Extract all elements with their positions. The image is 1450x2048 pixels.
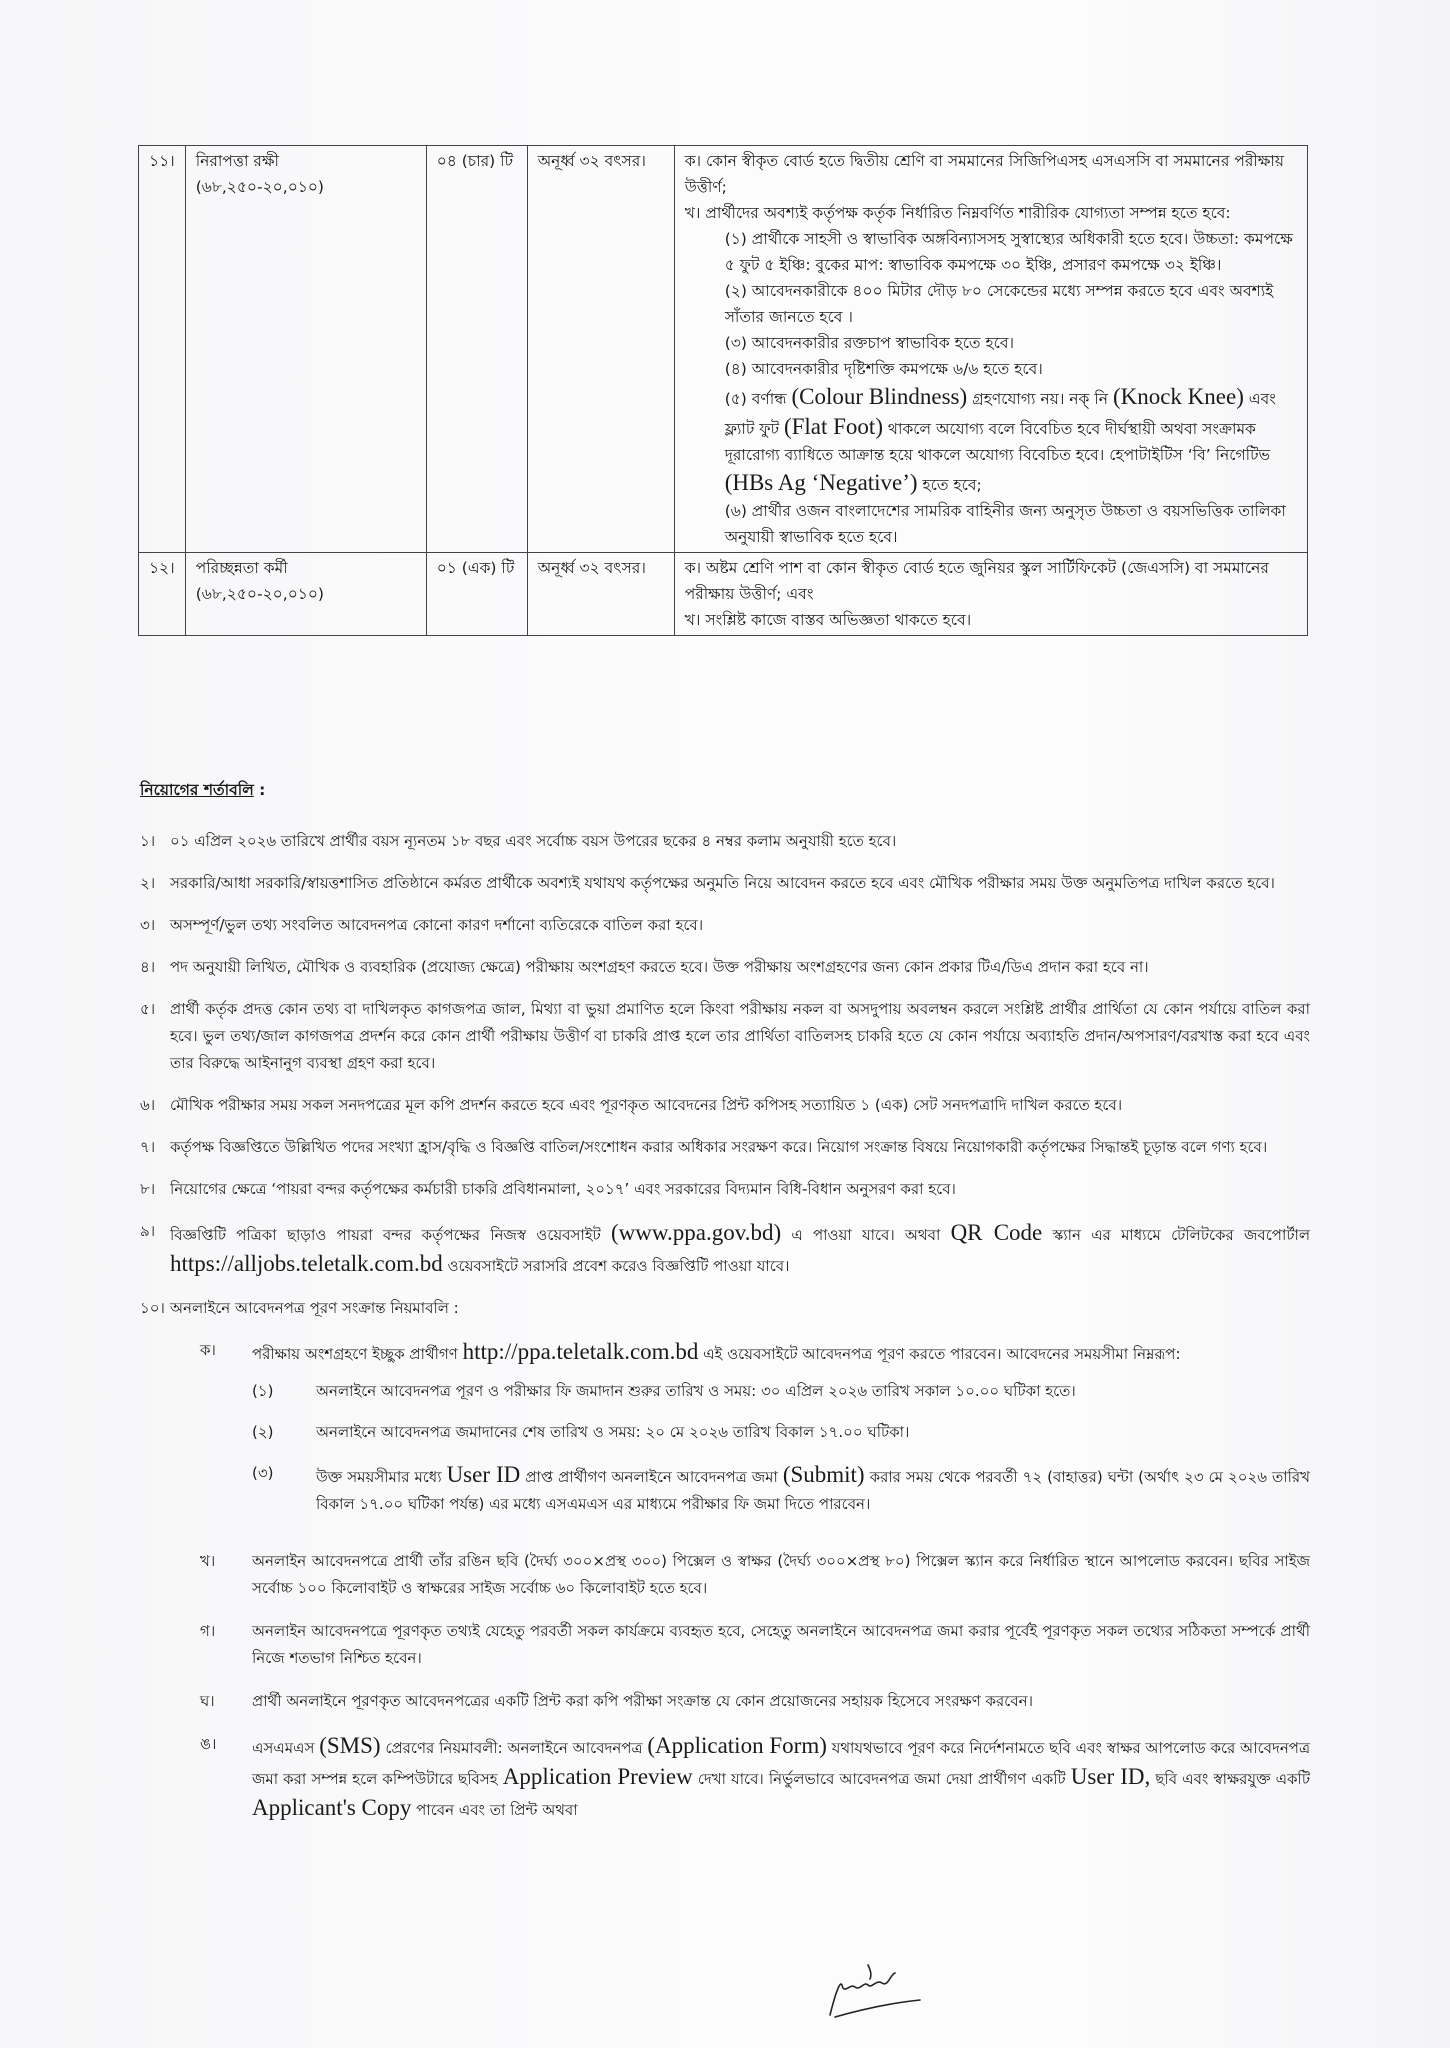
qualification-ka: ক। কোন স্বীকৃত বোর্ড হতে দ্বিতীয় শ্রেণি… bbox=[685, 148, 1297, 200]
clause-number: ৪। bbox=[140, 954, 170, 981]
age-limit: অনূর্ধ্ব ৩২ বৎসর। bbox=[527, 146, 674, 553]
text-span: QR Code bbox=[951, 1220, 1043, 1245]
posts-table: ১১। নিরাপত্তা রক্ষী (৬৮,২৫০-২০,০১০) ০৪ (… bbox=[138, 145, 1308, 636]
clause-text: অনলাইনে আবেদনপত্র পূরণ সংক্রান্ত নিয়মাব… bbox=[170, 1295, 1310, 1322]
row-number: ১২। bbox=[139, 553, 186, 636]
physical-item: (৩) আবেদনকারীর রক্তচাপ স্বাভাবিক হতে হবে… bbox=[725, 330, 1297, 356]
text-span: প্রাপ্ত প্রার্থীগণ অনলাইনে আবেদনপত্র জমা bbox=[520, 1468, 783, 1486]
post-count: ০৪ (চার) টি bbox=[426, 146, 527, 553]
sub-number: ক। bbox=[200, 1337, 252, 1532]
schedule-list: (১)অনলাইনে আবেদনপত্র পূরণ ও পরীক্ষার ফি … bbox=[252, 1378, 1310, 1518]
signature-icon bbox=[810, 1955, 960, 2025]
qualification-kha: খ। প্রার্থীদের অবশ্যই কর্তৃপক্ষ কর্তৃক ন… bbox=[685, 200, 1297, 226]
post-count: ০১ (এক) টি bbox=[426, 553, 527, 636]
row-number: ১১। bbox=[139, 146, 186, 553]
clause-text: ০১ এপ্রিল ২০২৬ তারিখে প্রার্থীর বয়স ন্য… bbox=[170, 828, 1310, 855]
text-span: ছবি এবং স্বাক্ষরযুক্ত একটি bbox=[1150, 1770, 1310, 1788]
text-span: Application Preview bbox=[503, 1764, 693, 1789]
text-span: (Flat Foot) bbox=[784, 414, 883, 439]
sub-text: প্রার্থী অনলাইনে পূরণকৃত আবেদনপত্রের একট… bbox=[252, 1688, 1310, 1715]
clause-text: বিজ্ঞপ্তিটি পত্রিকা ছাড়াও পায়রা বন্দর … bbox=[170, 1218, 1310, 1280]
table-row: ১২। পরিচ্ছন্নতা কর্মী (৬৮,২৫০-২০,০১০) ০১… bbox=[139, 553, 1308, 636]
clause-text: অসম্পূর্ণ/ভুল তথ্য সংবলিত আবেদনপত্র কোনো… bbox=[170, 912, 1310, 939]
condition-item: ৭।কর্তৃপক্ষ বিজ্ঞপ্তিতে উল্লিখিত পদের সং… bbox=[140, 1134, 1310, 1161]
clause-number: ৩। bbox=[140, 912, 170, 939]
physical-item: (১) প্রার্থীকে সাহসী ও স্বাভাবিক অঙ্গবিন… bbox=[725, 226, 1297, 278]
text-span: দেখা যাবে। নির্ভুলভাবে আবেদনপত্র জমা দেয… bbox=[693, 1770, 1071, 1788]
schedule-number: (১) bbox=[252, 1378, 316, 1405]
clause-number: ২। bbox=[140, 870, 170, 897]
qualification-ka: ক। অষ্টম শ্রেণি পাশ বা কোন স্বীকৃত বোর্ড… bbox=[685, 555, 1297, 607]
physical-item: (২) আবেদনকারীকে ৪০০ মিটার দৌড় ৮০ সেকেন্… bbox=[725, 278, 1297, 330]
text-span: গ্রহণযোগ্য নয়। নক্ নি bbox=[967, 390, 1113, 408]
sub-number: গ। bbox=[200, 1618, 252, 1672]
physical-item: (৫) বর্ণান্ধ (Colour Blindness) গ্রহণযোগ… bbox=[725, 382, 1297, 498]
text-span: এ পাওয়া যাবে। অথবা bbox=[781, 1226, 950, 1244]
clause-number: ১০। bbox=[140, 1295, 170, 1322]
text-span: বিজ্ঞপ্তিটি পত্রিকা ছাড়াও পায়রা বন্দর … bbox=[170, 1226, 611, 1244]
condition-item: ৬।মৌখিক পরীক্ষার সময় সকল সনদপত্রের মূল … bbox=[140, 1092, 1310, 1119]
qualification-cell: ক। অষ্টম শ্রেণি পাশ বা কোন স্বীকৃত বোর্ড… bbox=[674, 553, 1307, 636]
heading-text: নিয়োগের শর্তাবলি bbox=[140, 781, 254, 799]
clause-number: ৭। bbox=[140, 1134, 170, 1161]
condition-item: ৩।অসম্পূর্ণ/ভুল তথ্য সংবলিত আবেদনপত্র কো… bbox=[140, 912, 1310, 939]
table-row: ১১। নিরাপত্তা রক্ষী (৬৮,২৫০-২০,০১০) ০৪ (… bbox=[139, 146, 1308, 553]
post-name: পরিচ্ছন্নতা কর্মী bbox=[196, 555, 416, 581]
text-span: উক্ত সময়সীমার মধ্যে bbox=[316, 1468, 447, 1486]
schedule-text: অনলাইনে আবেদনপত্র জমাদানের শেষ তারিখ ও স… bbox=[316, 1419, 1310, 1446]
conditions-list: ১।০১ এপ্রিল ২০২৬ তারিখে প্রার্থীর বয়স ন… bbox=[140, 828, 1310, 1840]
text-span: পরীক্ষায় অংশগ্রহণে ইচ্ছুক প্রার্থীগণ bbox=[252, 1345, 463, 1363]
post-name: নিরাপত্তা রক্ষী bbox=[196, 148, 416, 174]
condition-item: ২।সরকারি/আধা সরকারি/স্বায়ত্তশাসিত প্রতি… bbox=[140, 870, 1310, 897]
sub-number: খ। bbox=[200, 1548, 252, 1602]
online-rule-ga: গ।অনলাইন আবেদনপত্রে পূরণকৃত তথ্যই যেহেতু… bbox=[200, 1618, 1310, 1672]
text-span: ওয়েবসাইটে সরাসরি প্রবেশ করেও বিজ্ঞপ্তিট… bbox=[443, 1257, 790, 1275]
physical-item: (৬) প্রার্থীর ওজন বাংলাদেশের সামরিক বাহি… bbox=[725, 498, 1297, 550]
clause-number: ১। bbox=[140, 828, 170, 855]
online-rule-gha: ঘ।প্রার্থী অনলাইনে পূরণকৃত আবেদনপত্রের এ… bbox=[200, 1688, 1310, 1715]
sub-number: ঘ। bbox=[200, 1688, 252, 1715]
condition-item: ৮।নিয়োগের ক্ষেত্রে ‘পায়রা বন্দর কর্তৃপ… bbox=[140, 1176, 1310, 1203]
text-span: (Knock Knee) bbox=[1113, 384, 1244, 409]
clause-number: ৫। bbox=[140, 996, 170, 1077]
physical-requirements: (১) প্রার্থীকে সাহসী ও স্বাভাবিক অঙ্গবিন… bbox=[685, 226, 1297, 550]
jobportal-link[interactable]: https://alljobs.teletalk.com.bd bbox=[170, 1251, 443, 1276]
conditions-heading: নিয়োগের শর্তাবলি : bbox=[140, 778, 265, 804]
sub-text: এসএমএস (SMS) প্রেরণের নিয়মাবলী: অনলাইনে… bbox=[252, 1731, 1310, 1824]
online-rule-kha: খ।অনলাইন আবেদনপত্রে প্রার্থী তাঁর রঙিন ছ… bbox=[200, 1548, 1310, 1602]
condition-item-online: ১০। অনলাইনে আবেদনপত্র পূরণ সংক্রান্ত নিয… bbox=[140, 1295, 1310, 1322]
text-span: প্রেরণের নিয়মাবলী: অনলাইনে আবেদনপত্র bbox=[381, 1739, 648, 1757]
text-span: পাবেন এবং তা প্রিন্ট অথবা bbox=[411, 1801, 577, 1819]
text-span: হতে হবে; bbox=[918, 476, 982, 494]
pay-scale: (৬৮,২৫০-২০,০১০) bbox=[196, 581, 416, 607]
application-link[interactable]: http://ppa.teletalk.com.bd bbox=[463, 1339, 699, 1364]
sub-text: অনলাইন আবেদনপত্রে প্রার্থী তাঁর রঙিন ছবি… bbox=[252, 1548, 1310, 1602]
text-span: (৫) বর্ণান্ধ bbox=[725, 390, 792, 408]
condition-item: ৪।পদ অনুযায়ী লিখিত, মৌখিক ও ব্যবহারিক (… bbox=[140, 954, 1310, 981]
clause-text: প্রার্থী কর্তৃক প্রদত্ত কোন তথ্য বা দাখি… bbox=[170, 996, 1310, 1077]
clause-text: নিয়োগের ক্ষেত্রে ‘পায়রা বন্দর কর্তৃপক্… bbox=[170, 1176, 1310, 1203]
website-link[interactable]: (www.ppa.gov.bd) bbox=[611, 1220, 781, 1245]
text-span: Applicant's Copy bbox=[252, 1795, 411, 1820]
clause-text: কর্তৃপক্ষ বিজ্ঞপ্তিতে উল্লিখিত পদের সংখ্… bbox=[170, 1134, 1310, 1161]
qualification-kha: খ। সংশ্লিষ্ট কাজে বাস্তব অভিজ্ঞতা থাকতে … bbox=[685, 607, 1297, 633]
qualification-cell: ক। কোন স্বীকৃত বোর্ড হতে দ্বিতীয় শ্রেণি… bbox=[674, 146, 1307, 553]
clause-number: ৯। bbox=[140, 1218, 170, 1280]
document-page: ১১। নিরাপত্তা রক্ষী (৬৮,২৫০-২০,০১০) ০৪ (… bbox=[0, 0, 1450, 2048]
clause-number: ৮। bbox=[140, 1176, 170, 1203]
online-rule-uo: ঙ। এসএমএস (SMS) প্রেরণের নিয়মাবলী: অনলা… bbox=[200, 1731, 1310, 1824]
post-name-cell: নিরাপত্তা রক্ষী (৬৮,২৫০-২০,০১০) bbox=[185, 146, 426, 553]
schedule-item: (১)অনলাইনে আবেদনপত্র পূরণ ও পরীক্ষার ফি … bbox=[252, 1378, 1310, 1405]
schedule-item: (৩)উক্ত সময়সীমার মধ্যে User ID প্রাপ্ত … bbox=[252, 1460, 1310, 1518]
text-span: (SMS) bbox=[319, 1733, 380, 1758]
clause-text: পদ অনুযায়ী লিখিত, মৌখিক ও ব্যবহারিক (প্… bbox=[170, 954, 1310, 981]
heading-suffix: : bbox=[254, 781, 266, 799]
clause-number: ৬। bbox=[140, 1092, 170, 1119]
text-span: User ID, bbox=[1071, 1764, 1151, 1789]
condition-item-website: ৯। বিজ্ঞপ্তিটি পত্রিকা ছাড়াও পায়রা বন্… bbox=[140, 1218, 1310, 1280]
online-rules: ক। পরীক্ষায় অংশগ্রহণে ইচ্ছুক প্রার্থীগণ… bbox=[200, 1337, 1310, 1824]
physical-item: (৪) আবেদনকারীর দৃষ্টিশক্তি কমপক্ষে ৬/৬ হ… bbox=[725, 356, 1297, 382]
text-span: User ID bbox=[447, 1462, 521, 1487]
schedule-item: (২)অনলাইনে আবেদনপত্র জমাদানের শেষ তারিখ … bbox=[252, 1419, 1310, 1446]
schedule-text: উক্ত সময়সীমার মধ্যে User ID প্রাপ্ত প্র… bbox=[316, 1460, 1310, 1518]
clause-text: মৌখিক পরীক্ষার সময় সকল সনদপত্রের মূল কপ… bbox=[170, 1092, 1310, 1119]
schedule-text: অনলাইনে আবেদনপত্র পূরণ ও পরীক্ষার ফি জমা… bbox=[316, 1378, 1310, 1405]
clause-text: সরকারি/আধা সরকারি/স্বায়ত্তশাসিত প্রতিষ্… bbox=[170, 870, 1310, 897]
post-name-cell: পরিচ্ছন্নতা কর্মী (৬৮,২৫০-২০,০১০) bbox=[185, 553, 426, 636]
age-limit: অনূর্ধ্ব ৩২ বৎসর। bbox=[527, 553, 674, 636]
schedule-number: (৩) bbox=[252, 1460, 316, 1518]
text-span: (Colour Blindness) bbox=[791, 384, 967, 409]
text-span: (Application Form) bbox=[647, 1733, 827, 1758]
text-span: (Submit) bbox=[783, 1462, 865, 1487]
pay-scale: (৬৮,২৫০-২০,০১০) bbox=[196, 174, 416, 200]
text-span: এই ওয়েবসাইটে আবেদনপত্র পূরণ করতে পারবেন… bbox=[698, 1345, 1180, 1363]
text-span: স্ক্যান এর মাধ্যমে টেলিটকের জবপোর্টাল bbox=[1042, 1226, 1310, 1244]
sub-text: অনলাইন আবেদনপত্রে পূরণকৃত তথ্যই যেহেতু প… bbox=[252, 1618, 1310, 1672]
condition-item: ৫।প্রার্থী কর্তৃক প্রদত্ত কোন তথ্য বা দা… bbox=[140, 996, 1310, 1077]
sub-number: ঙ। bbox=[200, 1731, 252, 1824]
sub-text: পরীক্ষায় অংশগ্রহণে ইচ্ছুক প্রার্থীগণ ht… bbox=[252, 1337, 1310, 1532]
schedule-number: (২) bbox=[252, 1419, 316, 1446]
condition-item: ১।০১ এপ্রিল ২০২৬ তারিখে প্রার্থীর বয়স ন… bbox=[140, 828, 1310, 855]
online-rule-ka: ক। পরীক্ষায় অংশগ্রহণে ইচ্ছুক প্রার্থীগণ… bbox=[200, 1337, 1310, 1532]
text-span: এসএমএস bbox=[252, 1739, 319, 1757]
text-span: (HBs Ag ‘Negative’) bbox=[725, 470, 918, 495]
